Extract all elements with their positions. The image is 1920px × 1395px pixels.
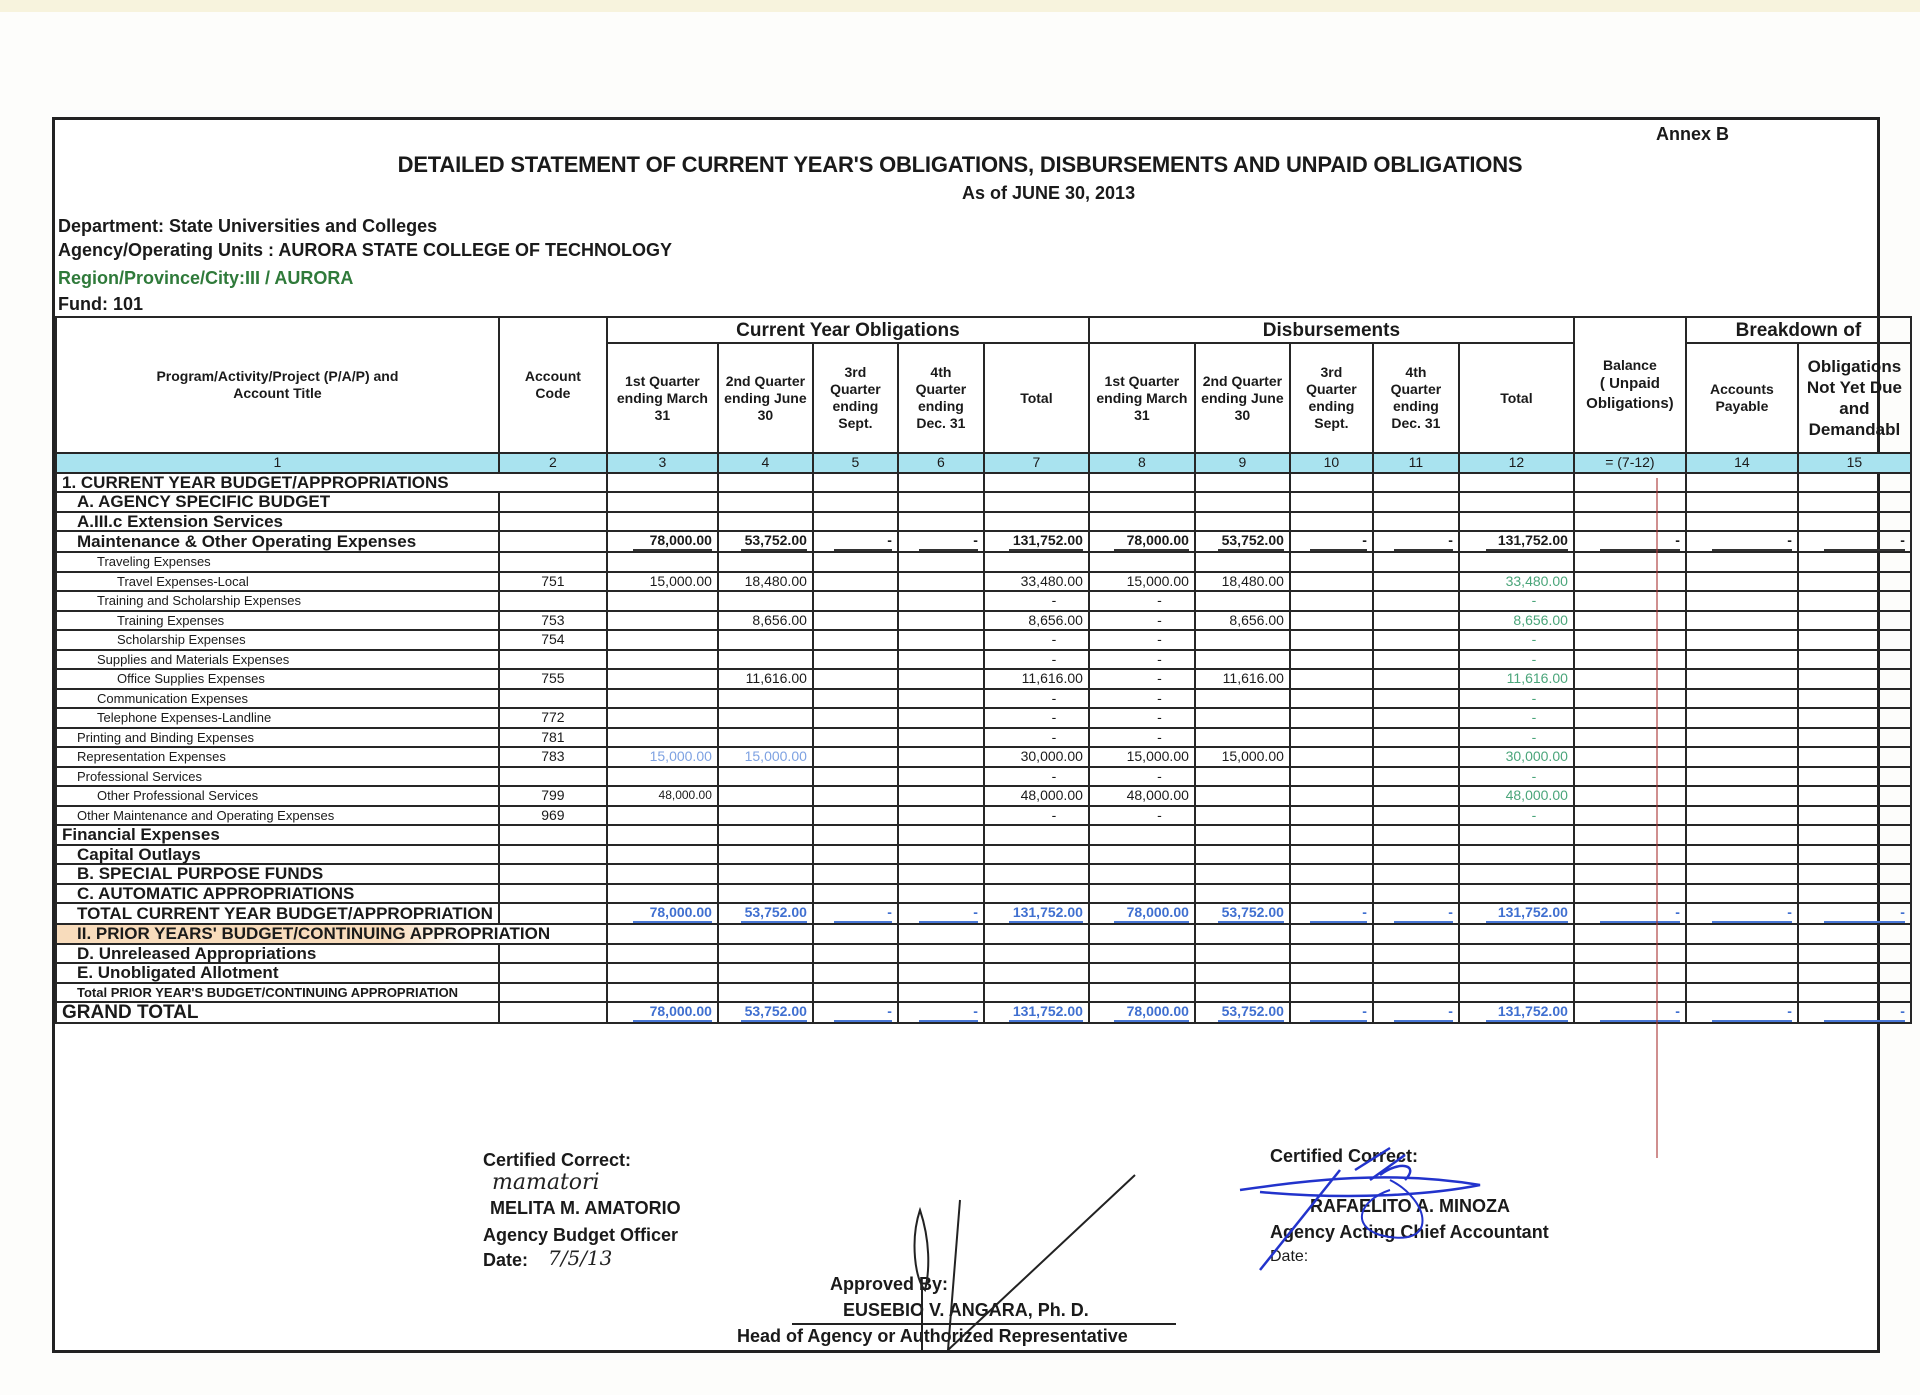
value-cell [718,728,813,748]
value-cell [607,728,718,748]
value-cell: - [1798,531,1911,552]
value-cell: - [984,806,1089,826]
account-code [499,591,607,611]
account-code [499,512,607,532]
value-cell: - [1798,1002,1911,1023]
value-cell: - [1089,630,1195,650]
value-cell [1574,492,1686,512]
value-cell [898,552,984,572]
value-cell [813,884,898,904]
value-cell [1373,708,1459,728]
value-cell: 78,000.00 [607,531,718,552]
table-row: Scholarship Expenses754--- [56,630,1911,650]
value-text: - [919,532,978,551]
table-row: Professional Services--- [56,767,1911,787]
value-cell [1574,708,1686,728]
value-cell [1195,924,1290,944]
value-cell [1574,963,1686,983]
value-cell [813,473,898,493]
value-text: - [1052,807,1057,823]
table-row: Representation Expenses78315,000.0015,00… [56,747,1911,767]
value-text: 53,752.00 [741,532,807,551]
value-cell [1195,845,1290,865]
value-cell [607,963,718,983]
value-text: - [1532,709,1537,725]
value-cell [898,924,984,944]
value-cell [1195,591,1290,611]
value-cell [1290,884,1373,904]
value-cell [1574,591,1686,611]
value-cell [1195,963,1290,983]
value-cell [898,825,984,845]
value-text: 15,000.00 [745,748,807,764]
value-cell [1373,786,1459,806]
value-cell [1089,825,1195,845]
value-cell [1686,963,1798,983]
col-header-obl-q3: 3rd Quarter ending Sept. [813,343,898,453]
value-cell [898,864,984,884]
table-row: Supplies and Materials Expenses--- [56,650,1911,670]
value-cell [1373,983,1459,1003]
value-cell [607,669,718,689]
value-cell [1574,669,1686,689]
value-cell: 8,656.00 [718,611,813,631]
value-cell [718,630,813,650]
value-cell: 8,656.00 [984,611,1089,631]
value-text: - [1157,592,1162,608]
value-cell [1290,944,1373,964]
value-text: 11,616.00 [746,670,807,686]
value-cell: 131,752.00 [984,531,1089,552]
value-cell [1195,728,1290,748]
value-cell: - [984,708,1089,728]
table-row: Training Expenses7538,656.008,656.00-8,6… [56,611,1911,631]
value-cell: - [898,903,984,924]
value-text: 53,752.00 [1218,904,1284,923]
value-text: - [1600,904,1680,923]
value-cell [1195,708,1290,728]
value-text: 11,616.00 [1223,670,1284,686]
value-text: - [1310,532,1367,551]
value-cell: 8,656.00 [1459,611,1574,631]
value-cell [1798,611,1911,631]
value-cell [1195,786,1290,806]
value-text: 30,000.00 [1021,748,1083,764]
value-cell [718,963,813,983]
value-cell [1373,591,1459,611]
value-text: - [1157,690,1162,706]
column-index-cell: 10 [1290,453,1373,473]
value-cell [607,825,718,845]
value-cell [718,806,813,826]
value-cell [607,767,718,787]
value-cell [984,983,1089,1003]
account-code: 755 [499,669,607,689]
value-cell [1798,708,1911,728]
value-cell: - [984,591,1089,611]
value-cell [1373,473,1459,493]
value-cell: - [1089,767,1195,787]
value-text: - [1532,807,1537,823]
value-cell [1686,591,1798,611]
value-cell [1290,630,1373,650]
value-cell [898,512,984,532]
column-index-cell: 5 [813,453,898,473]
value-text: - [919,904,978,923]
value-cell [607,924,718,944]
value-cell [1459,473,1574,493]
value-cell [607,845,718,865]
region-line: Region/Province/City:III / AURORA [58,268,353,289]
value-cell: 78,000.00 [607,903,718,924]
value-cell [718,944,813,964]
value-cell [1574,806,1686,826]
budget-officer-date-label: Date: [483,1250,528,1271]
value-cell [813,924,898,944]
value-cell: - [1459,591,1574,611]
value-cell: - [1089,650,1195,670]
value-cell [1798,825,1911,845]
value-cell [813,572,898,592]
column-index-cell: 9 [1195,453,1290,473]
value-cell: - [1089,728,1195,748]
value-cell [1290,708,1373,728]
value-cell [1373,728,1459,748]
value-cell [718,786,813,806]
margin-line [1656,478,1658,1158]
value-cell: 78,000.00 [1089,1002,1195,1023]
value-cell: - [1574,1002,1686,1023]
value-cell [1195,689,1290,709]
table-row: A.III.c Extension Services [56,512,1911,532]
value-cell: - [984,650,1089,670]
column-index-cell: 4 [718,453,813,473]
value-cell: 78,000.00 [1089,903,1195,924]
value-cell [718,708,813,728]
column-index-cell: 8 [1089,453,1195,473]
value-cell [718,512,813,532]
row-label: Financial Expenses [56,825,499,845]
value-cell: 53,752.00 [718,1002,813,1023]
row-label: Training Expenses [56,611,499,631]
value-cell [1290,806,1373,826]
value-cell [1089,924,1195,944]
value-cell [1574,944,1686,964]
value-cell [1686,630,1798,650]
value-cell [1290,512,1373,532]
value-text: 131,752.00 [1009,904,1083,923]
value-cell [984,825,1089,845]
value-cell [1290,650,1373,670]
value-text: 15,000.00 [650,573,712,589]
value-cell [1798,963,1911,983]
value-cell [813,512,898,532]
value-cell [813,983,898,1003]
value-text: - [1310,904,1367,923]
value-cell [813,806,898,826]
value-cell [718,924,813,944]
group-header-obligations: Current Year Obligations [607,317,1089,343]
col-header-balance: Balance ( Unpaid Obligations) [1574,317,1686,453]
value-cell [984,492,1089,512]
value-text: 53,752.00 [741,904,807,923]
value-cell [813,650,898,670]
table-row: Office Supplies Expenses75511,616.0011,6… [56,669,1911,689]
value-cell [898,884,984,904]
value-cell [607,944,718,964]
row-label: Traveling Expenses [56,552,499,572]
value-cell [1373,924,1459,944]
table-row: 1. CURRENT YEAR BUDGET/APPROPRIATIONS [56,473,1911,493]
value-cell [1686,825,1798,845]
row-label: B. SPECIAL PURPOSE FUNDS [56,864,499,884]
value-cell: 33,480.00 [1459,572,1574,592]
col-header-not-yet-due: Obligations Not Yet Due and Demandabl [1798,343,1911,453]
value-cell [984,473,1089,493]
value-cell: - [1089,669,1195,689]
value-cell [1089,552,1195,572]
value-cell [1373,552,1459,572]
value-cell: 15,000.00 [1089,572,1195,592]
value-cell [1089,512,1195,532]
value-cell: - [1089,708,1195,728]
value-cell: 8,656.00 [1195,611,1290,631]
value-cell: 53,752.00 [718,903,813,924]
value-cell [607,473,718,493]
value-cell [1290,983,1373,1003]
balance-sublabel: ( Unpaid Obligations) [1580,374,1680,414]
account-code [499,767,607,787]
column-index-cell: 2 [499,453,607,473]
row-label: Other Professional Services [56,786,499,806]
value-cell [898,747,984,767]
column-index-cell: 7 [984,453,1089,473]
value-cell: 11,616.00 [1195,669,1290,689]
value-cell [1686,884,1798,904]
value-cell [1089,983,1195,1003]
table-row: C. AUTOMATIC APPROPRIATIONS [56,884,1911,904]
value-text: 78,000.00 [633,532,712,551]
value-cell [1798,884,1911,904]
value-cell [1459,944,1574,964]
table-row: Telephone Expenses-Landline772--- [56,708,1911,728]
value-text: - [1712,532,1792,551]
value-text: 8,656.00 [1513,612,1568,628]
value-cell [1686,786,1798,806]
row-label: 1. CURRENT YEAR BUDGET/APPROPRIATIONS [56,473,607,493]
col-header-dis-q1: 1st Quarter ending March 31 [1089,343,1195,453]
value-cell [1373,767,1459,787]
value-cell [1195,767,1290,787]
value-cell: 131,752.00 [1459,1002,1574,1023]
value-cell [1195,884,1290,904]
value-cell: 15,000.00 [1195,747,1290,767]
value-cell [718,845,813,865]
row-label: E. Unobligated Allotment [56,963,499,983]
table-row: Communication Expenses--- [56,689,1911,709]
agency-line: Agency/Operating Units : AURORA STATE CO… [58,240,672,261]
value-text: - [1532,729,1537,745]
row-label: Printing and Binding Expenses [56,728,499,748]
value-cell [1290,728,1373,748]
value-cell [1574,728,1686,748]
value-text: - [1052,709,1057,725]
value-cell [1798,552,1911,572]
value-cell [813,492,898,512]
row-label: Other Maintenance and Operating Expenses [56,806,499,826]
value-cell [1574,630,1686,650]
value-cell [1195,806,1290,826]
annex-label: Annex B [1656,124,1729,145]
value-cell [1574,864,1686,884]
value-text: - [1824,904,1905,923]
value-cell [1686,611,1798,631]
value-cell [813,786,898,806]
value-text: 131,752.00 [1486,1003,1568,1022]
value-cell [1686,708,1798,728]
row-label: Office Supplies Expenses [56,669,499,689]
value-cell [1373,884,1459,904]
value-cell [898,611,984,631]
col-header-dis-total: Total [1459,343,1574,453]
value-cell [1459,492,1574,512]
value-cell [1459,884,1574,904]
value-cell [1089,845,1195,865]
value-cell [984,884,1089,904]
value-cell [984,845,1089,865]
value-cell: 30,000.00 [1459,747,1574,767]
value-cell [813,767,898,787]
table-row: E. Unobligated Allotment [56,963,1911,983]
value-text: 78,000.00 [633,1003,712,1022]
value-cell: - [1373,1002,1459,1023]
value-cell [1798,983,1911,1003]
column-index-cell: 15 [1798,453,1911,473]
column-index-cell: 12 [1459,453,1574,473]
value-text: 33,480.00 [1506,573,1568,589]
value-cell: 30,000.00 [984,747,1089,767]
value-cell [1459,512,1574,532]
value-cell [898,492,984,512]
value-cell [898,944,984,964]
value-text: - [1157,670,1162,686]
value-cell [813,611,898,631]
document-title: DETAILED STATEMENT OF CURRENT YEAR'S OBL… [0,152,1920,178]
value-cell: - [1089,689,1195,709]
value-cell: 48,000.00 [1089,786,1195,806]
value-cell [984,944,1089,964]
account-code: 753 [499,611,607,631]
value-text: - [834,904,892,923]
value-cell [1459,864,1574,884]
col-header-accounts-payable: Accounts Payable [1686,343,1798,453]
department-line: Department: State Universities and Colle… [58,216,437,237]
value-cell: - [813,903,898,924]
value-text: - [1532,631,1537,647]
value-cell: 11,616.00 [1459,669,1574,689]
value-cell [813,552,898,572]
value-cell [1089,884,1195,904]
value-cell [1798,473,1911,493]
group-header-breakdown: Breakdown of [1686,317,1911,343]
document-title-text: DETAILED STATEMENT OF CURRENT YEAR'S OBL… [398,152,1523,177]
group-header-disbursements: Disbursements [1089,317,1574,343]
value-cell [607,806,718,826]
value-cell [1686,864,1798,884]
value-cell [1290,611,1373,631]
value-cell [1798,689,1911,709]
value-cell: 18,480.00 [718,572,813,592]
value-cell [1290,825,1373,845]
account-code [499,552,607,572]
value-text: 131,752.00 [1486,532,1568,551]
value-cell [1574,786,1686,806]
col-header-dis-q3: 3rd Quarter ending Sept. [1290,343,1373,453]
value-cell [1686,845,1798,865]
account-code: 783 [499,747,607,767]
value-cell [1089,944,1195,964]
table-row: Capital Outlays [56,845,1911,865]
value-text: - [1052,768,1057,784]
value-cell [1798,572,1911,592]
row-label: Supplies and Materials Expenses [56,650,499,670]
table-row: Traveling Expenses [56,552,1911,572]
value-cell: 131,752.00 [984,903,1089,924]
account-code [499,903,607,924]
accountant-signature-icon [1230,1140,1570,1280]
value-cell [1574,825,1686,845]
row-label: A. AGENCY SPECIFIC BUDGET [56,492,499,512]
value-cell [607,611,718,631]
value-cell [1574,572,1686,592]
value-cell [1373,825,1459,845]
value-text: 131,752.00 [1009,532,1083,551]
value-cell [1686,767,1798,787]
column-index-cell: 6 [898,453,984,473]
value-cell [898,845,984,865]
value-text: - [1157,709,1162,725]
value-cell [1686,806,1798,826]
value-cell: 33,480.00 [984,572,1089,592]
value-cell [1195,650,1290,670]
value-text: - [1157,612,1162,628]
account-code: 799 [499,786,607,806]
value-cell [898,983,984,1003]
table-row: Other Maintenance and Operating Expenses… [56,806,1911,826]
value-text: - [834,532,892,551]
value-cell [1686,944,1798,964]
value-cell [1459,825,1574,845]
value-cell: 15,000.00 [718,747,813,767]
value-cell [1195,825,1290,845]
budget-officer-date-value: 7/5/13 [548,1246,612,1270]
value-cell [1290,492,1373,512]
value-cell [898,650,984,670]
row-label: Communication Expenses [56,689,499,709]
value-cell [1459,845,1574,865]
value-cell [1195,864,1290,884]
value-cell: - [1459,689,1574,709]
value-cell: 15,000.00 [607,747,718,767]
value-cell [1195,944,1290,964]
budget-officer-certified-label: Certified Correct: [483,1150,631,1171]
value-cell [1195,492,1290,512]
value-cell: - [1459,650,1574,670]
column-index-cell: 3 [607,453,718,473]
value-cell [718,492,813,512]
value-cell [813,728,898,748]
value-cell [1195,552,1290,572]
